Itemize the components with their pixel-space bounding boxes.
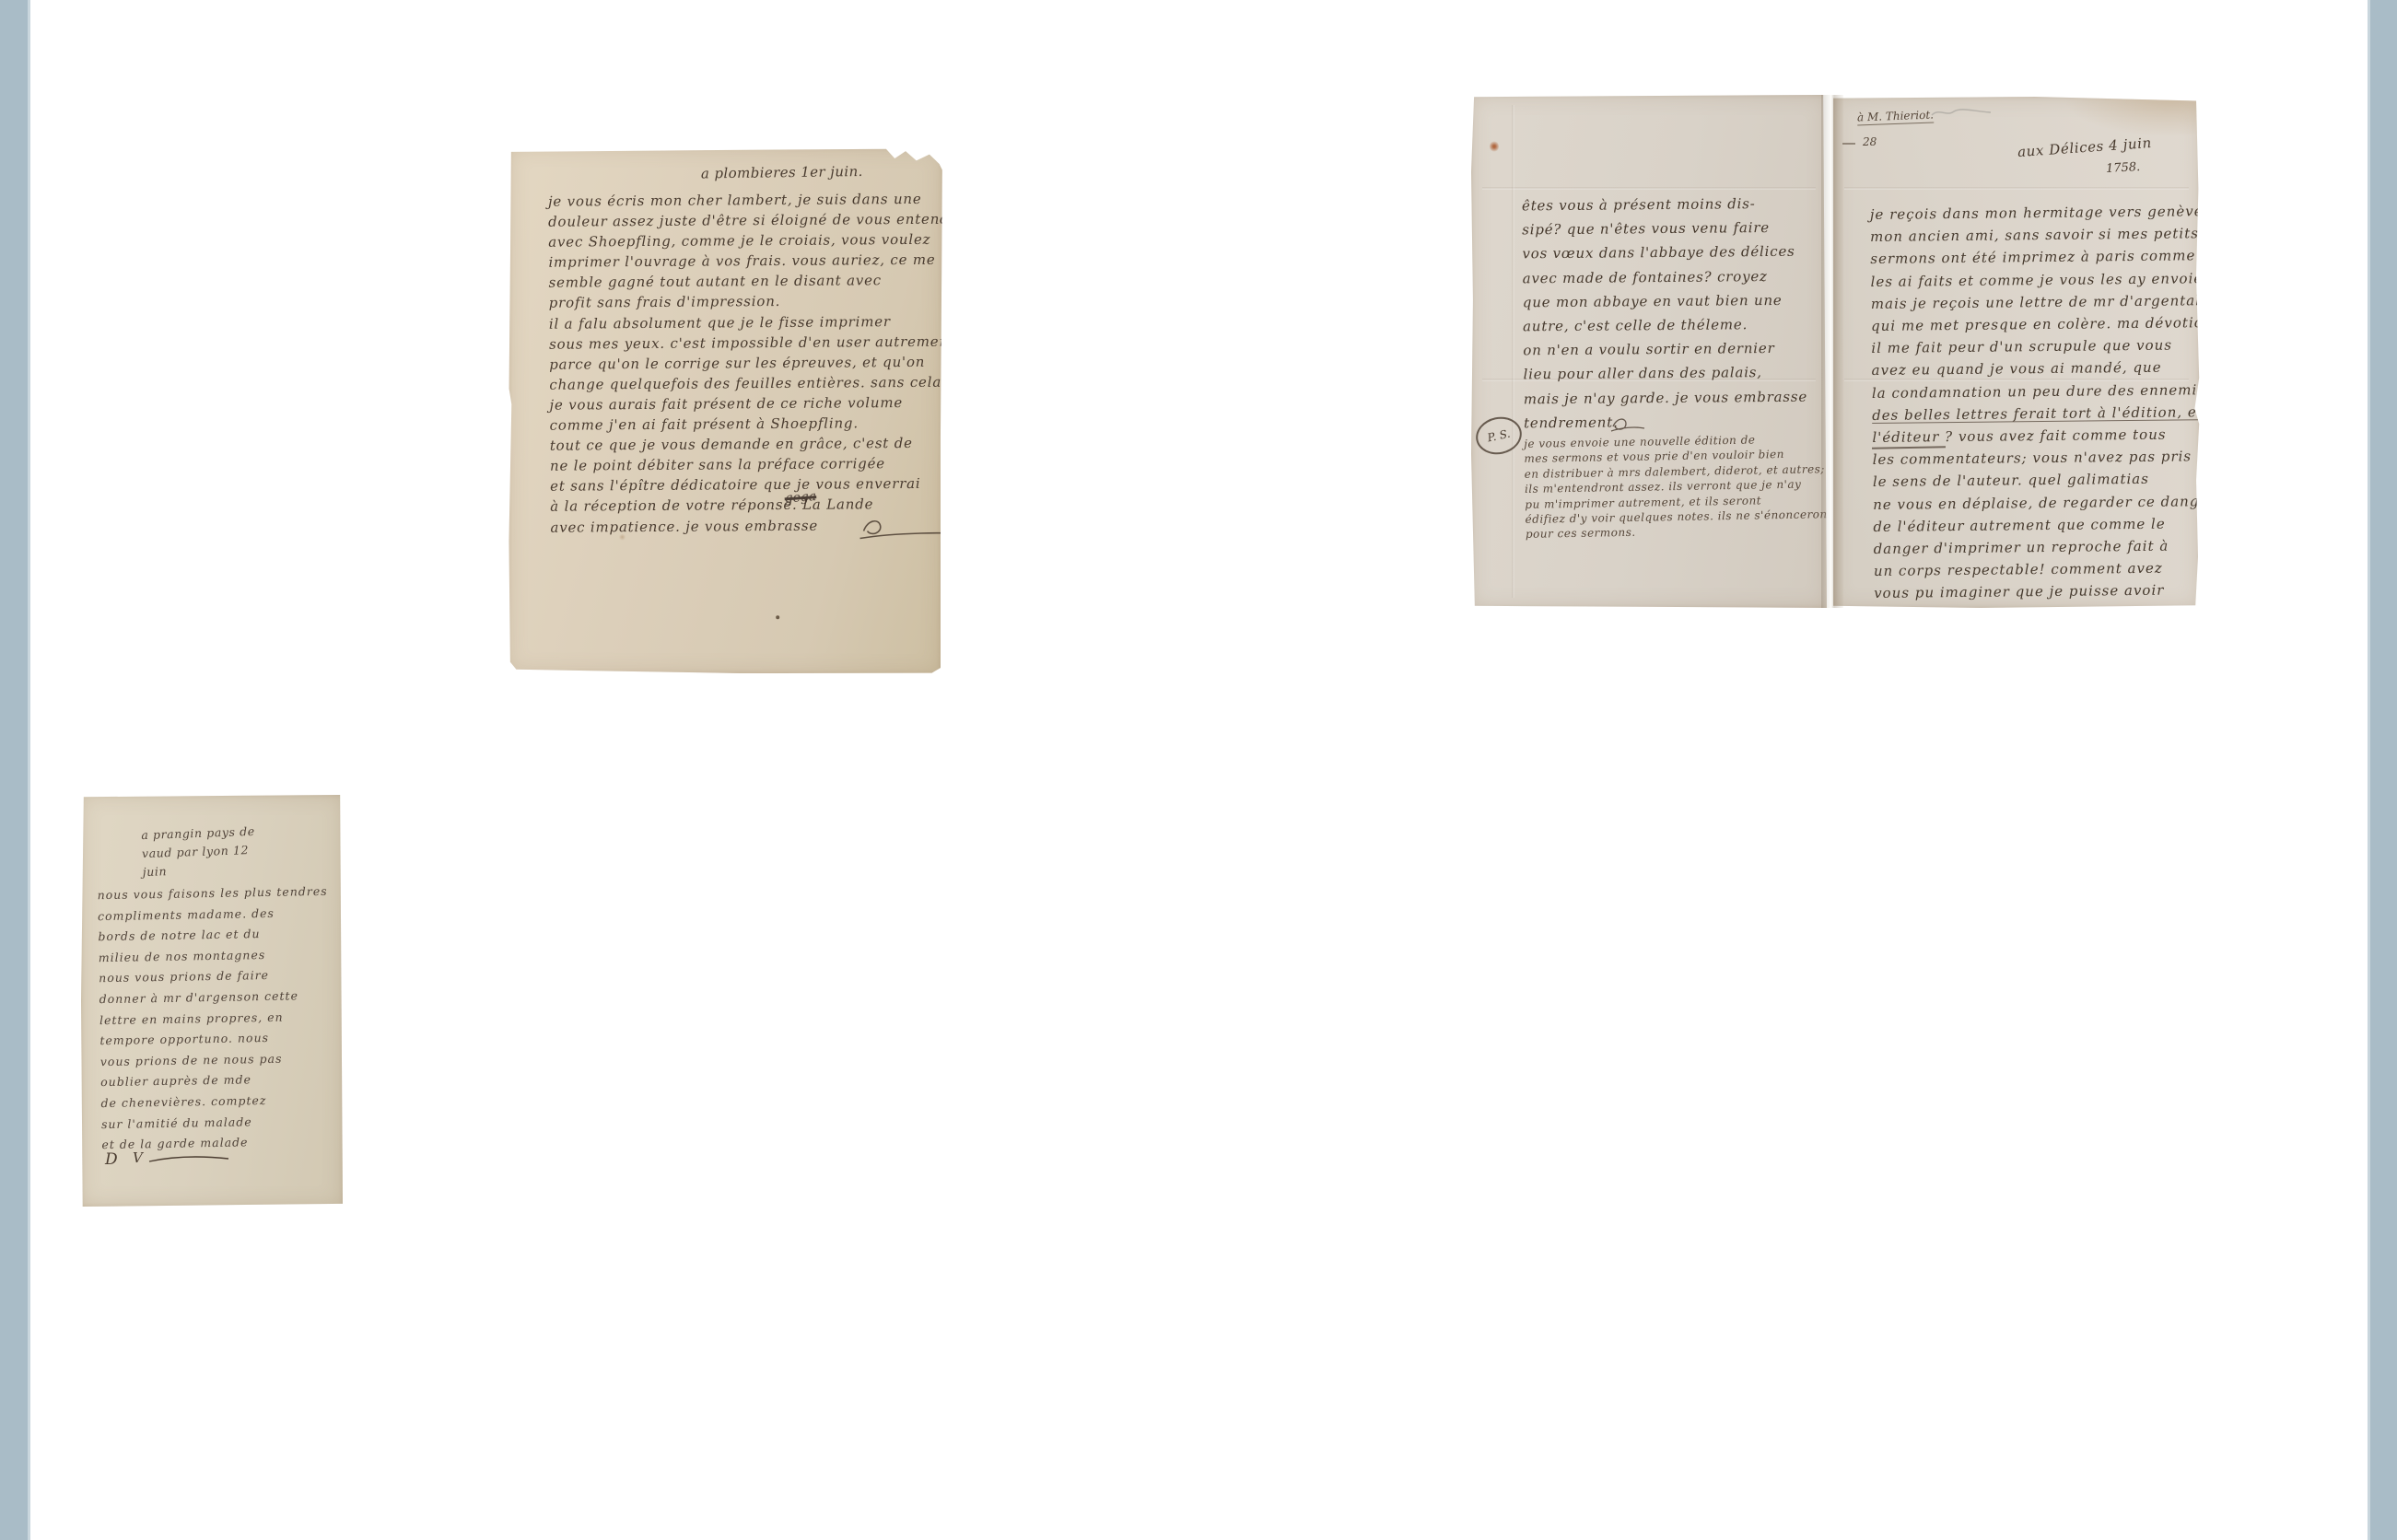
handwriting-line: sous mes yeux. c'est impossible d'en use… — [549, 331, 966, 354]
crossed-out-word: gega — [784, 489, 817, 506]
handwriting-line: que mon abbaye en vaut bien une — [1523, 287, 1807, 314]
handwriting-line: êtes vous à présent moins dis- — [1522, 192, 1806, 218]
pencil-mark — [1930, 104, 1994, 121]
handwriting-line: il me fait peur d'un scrupule que vous — [1871, 333, 2217, 359]
handwriting-line: lieu pour aller dans des palais, — [1523, 360, 1807, 387]
handwriting-line: avec Shoepfling, comme je le croiais, vo… — [548, 229, 965, 252]
handwriting-line: on n'en a voulu sortir en dernier — [1523, 336, 1807, 363]
handwriting-line: il a falu absolument que je le fisse imp… — [549, 310, 966, 333]
handwriting-line: comme j'en ai fait présent à Shoepfling. — [550, 413, 967, 436]
signature-paraph-icon — [147, 1152, 230, 1165]
postscript-body: je vous envoie une nouvelle édition deme… — [1524, 431, 1832, 542]
handwriting-line: danger d'imprimer un reproche fait à — [1874, 534, 2220, 560]
catalog-photo: a plombieres 1er juin. je vous écris mon… — [0, 0, 2397, 1540]
handwriting-line: change quelquefois des feuilles entières… — [549, 371, 966, 394]
fold-crease — [1482, 187, 1817, 190]
handwriting-line: imprimer l'ouvrage à vos frais. vous aur… — [548, 250, 965, 273]
paraph-flourish-icon — [1609, 415, 1646, 434]
handwriting-line: tout ce que je vous demande en grâce, c'… — [550, 433, 967, 456]
letter-body: je vous écris mon cher lambert, je suis … — [548, 189, 968, 538]
handwriting-line: tendrement. — [1524, 408, 1807, 435]
handwriting-line: vous pu imaginer que je puisse avoir — [1874, 578, 2220, 604]
handwriting-line: donner à mr d'argenson cette — [99, 986, 329, 1010]
handwriting-line: profit sans frais d'impression. — [549, 290, 966, 313]
signature-paraph-letter: V — [133, 1149, 143, 1166]
handwriting-line: la condamnation un peu dure des ennemis — [1872, 379, 2218, 404]
postscript-label: P. S. — [1472, 413, 1525, 459]
bifolium-center-fold — [1821, 95, 1843, 608]
handwriting-line: et sans l'épître dédicatoire que je vous… — [550, 473, 967, 496]
letter-body: je reçois dans mon hermitage vers genève… — [1870, 200, 2220, 605]
handwriting-line: juin — [142, 859, 256, 881]
dateline: aux Délices 4 juin — [2017, 134, 2153, 160]
handwriting-line: sermons ont été imprimez à paris comme j… — [1870, 244, 2216, 270]
right-border-stripe — [2368, 0, 2397, 1540]
handwriting-line: les ai faits et comme je vous les ay env… — [1870, 267, 2216, 293]
bifolium-right-page: à M. Thieriot. 28 aux Délices 4 juin 175… — [1833, 97, 2200, 608]
letter-body: nous vous faisons les plus tendrescompli… — [97, 881, 332, 1156]
handwriting-line: douleur assez juste d'être si éloigné de… — [548, 209, 965, 232]
handwriting-line: à la réception de votre réponse. La Land… — [550, 494, 967, 517]
number-annotation: 28 — [1863, 135, 1877, 148]
handwriting-line: ne vous en déplaise, de regarder ce dang… — [1873, 490, 2219, 516]
signature-paraph: V — [133, 1149, 230, 1166]
handwriting-line: mais je n'ay garde. je vous embrasse — [1524, 384, 1807, 411]
pen-dash — [1842, 143, 1855, 145]
handwriting-line: ne le point débiter sans la préface corr… — [550, 453, 967, 476]
signature-paraph-icon — [857, 514, 986, 542]
signature-initial: D — [105, 1150, 118, 1169]
manuscript-prangins-note: a prangin pays devaud par lyon 12juin no… — [81, 795, 343, 1207]
handwriting-line: nous vous faisons les plus tendres — [97, 881, 327, 906]
handwriting-line: autre, c'est celle de théleme. — [1523, 312, 1807, 339]
handwriting-line: je vous écris mon cher lambert, je suis … — [548, 189, 965, 212]
foxing-spot — [619, 534, 626, 541]
handwriting-line: avec made de fontaines? croyez — [1523, 263, 1807, 290]
letter-heading: a prangin pays devaud par lyon 12juin — [141, 822, 256, 881]
handwriting-line: sipé? que n'êtes vous venu faire — [1522, 216, 1806, 242]
handwriting-line: vos vœux dans l'abbaye des délices — [1522, 239, 1806, 266]
handwriting-line: les commentateurs; vous n'avez pas pris — [1873, 445, 2219, 471]
handwriting-line: parce qu'on le corrige sur les épreuves,… — [549, 351, 966, 374]
rust-stain — [1490, 141, 1499, 152]
toning-stain — [2062, 97, 2200, 137]
manuscript-plombieres-letter: a plombieres 1er juin. je vous écris mon… — [508, 146, 942, 674]
handwriting-line: semble gagné tout autant en le disant av… — [548, 270, 965, 293]
letter-heading: a plombieres 1er juin. — [701, 163, 863, 181]
handwriting-line: je vous aurais fait présent de ce riche … — [549, 391, 966, 414]
fold-crease — [1844, 187, 2189, 190]
fold-crease — [1512, 105, 1514, 598]
dateline-year: 1758. — [2106, 160, 2141, 176]
letter-body: êtes vous à présent moins dis-sipé? que … — [1522, 192, 1808, 436]
bifolium-left-page: êtes vous à présent moins dis-sipé? que … — [1471, 95, 1827, 608]
left-border-stripe — [0, 0, 30, 1540]
ink-speck — [776, 615, 779, 619]
recipient-annotation: à M. Thieriot. — [1857, 109, 1935, 126]
